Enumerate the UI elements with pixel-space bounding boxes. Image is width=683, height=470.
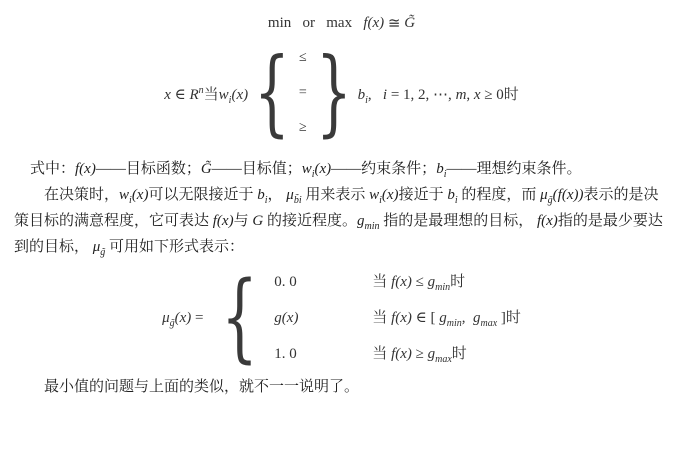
math-segment: (x) (315, 161, 332, 177)
math-segment: bi (436, 161, 446, 177)
math-segment: G̃ (404, 15, 415, 32)
text-segment: 当 (372, 310, 391, 326)
math-segment: gmax (473, 310, 497, 326)
text-segment: 当 (204, 87, 219, 103)
subscript: min (364, 221, 379, 232)
geq-operator: ≥ (299, 120, 307, 136)
text-segment: 可用如下形式表示： (105, 239, 244, 255)
subscript: max (481, 318, 498, 329)
case-value: 0. 0 (274, 269, 372, 295)
text-segment: 时 (450, 274, 465, 290)
text-segment: 的接近程度。 (263, 213, 357, 229)
text-segment: 最小值的问题与上面的类似，就不一一说明了。 (44, 379, 359, 395)
text-segment: = 1, 2, ⋯, (387, 87, 455, 103)
math-segment: bi (257, 187, 267, 203)
text-segment: ≥ 0时 (481, 87, 519, 103)
math-segment: wi (219, 87, 232, 103)
case-condition: 当 f(x) ≤ gmin时 (372, 269, 521, 295)
math-segment: μb̃i (286, 187, 301, 203)
text-segment: ≤ (412, 274, 428, 290)
text-segment: , (462, 310, 473, 326)
subscript: b̃i (294, 195, 302, 206)
math-segment: G (252, 213, 263, 229)
constraint-left-expression: x ∈ Rn当wi(x) (164, 83, 248, 104)
text-segment: ≥ (412, 346, 428, 362)
left-brace: { (254, 48, 290, 137)
text-segment: ——约束条件； (331, 161, 436, 177)
text-segment: ， (268, 187, 287, 203)
math-segment: μg̃ (162, 310, 175, 326)
text-segment: ——目标值； (212, 161, 302, 177)
math-segment: gmax (428, 346, 452, 362)
math-segment: g(x) (274, 310, 298, 326)
text-segment: ∈ (171, 87, 190, 103)
text-segment: ——目标函数； (96, 161, 201, 177)
math-segment: f(x) (391, 346, 412, 362)
math-segment: gmin (439, 310, 462, 326)
case-value: g(x) (274, 305, 372, 331)
math-segment: (f(x)) (553, 187, 584, 203)
text-segment: 在决策时， (44, 187, 119, 203)
text-segment: , (368, 87, 383, 103)
math-segment: f(x) (537, 213, 558, 229)
math-segment: m (456, 87, 467, 103)
math-segment: (x) (175, 310, 192, 326)
math-segment: x (164, 87, 171, 103)
math-segment: (x) (382, 187, 399, 203)
math-segment: μg̃ (93, 239, 106, 255)
membership-lhs: μg̃(x) = (162, 310, 207, 327)
text-segment: = (191, 310, 207, 326)
constraint-right-expression: bi, i = 1, 2, ⋯, m, x ≥ 0时 (358, 83, 519, 104)
piecewise-cases: 0. 0 当 f(x) ≤ gmin时 g(x) 当 f(x) ∈ [ gmin… (274, 269, 521, 367)
eq-operator: = (299, 85, 307, 101)
math-segment: (x) (368, 15, 385, 32)
text-segment: 式中： (30, 161, 75, 177)
text-segment: 的程度，而 (458, 187, 541, 203)
math-segment: f(x) (391, 310, 412, 326)
subscript: min (447, 318, 462, 329)
math-segment: f(x) (391, 274, 412, 290)
math-segment: gmin (357, 213, 380, 229)
text-segment: 0. 0 (274, 274, 297, 290)
math-segment: f(x) (213, 213, 234, 229)
legend-paragraph: 式中：f(x)——目标函数；G̃——目标值；wi(x)——约束条件；bi——理想… (14, 156, 669, 182)
math-segment: gmin (428, 274, 451, 290)
math-segment: x (474, 87, 481, 103)
math-segment: (x) (231, 87, 248, 103)
math-segment: wi (119, 187, 132, 203)
objective-formula: min or max f(x) ≅ G̃ (14, 10, 669, 36)
text-segment: min or max (268, 15, 363, 32)
text-segment: 接近于 (399, 187, 448, 203)
case-value: 1. 0 (274, 341, 372, 367)
right-brace: } (316, 48, 352, 137)
text-segment: ≅ (384, 14, 404, 33)
text-segment: ]时 (497, 310, 521, 326)
math-segment: (x) (132, 187, 149, 203)
document-page: min or max f(x) ≅ G̃ x ∈ Rn当wi(x) { ≤ = … (0, 0, 683, 470)
text-segment: 指的是最理想的目标， (379, 213, 537, 229)
membership-formula: μg̃(x) = { 0. 0 当 f(x) ≤ gmin时 g(x) 当 f(… (14, 266, 669, 370)
subscript: min (435, 282, 450, 293)
text-segment: 用来表示 (302, 187, 370, 203)
math-segment: μg̃ (540, 187, 553, 203)
case-condition: 当 f(x) ≥ gmax时 (372, 341, 521, 367)
leq-operator: ≤ (299, 50, 307, 66)
relation-operators: ≤ = ≥ (296, 50, 310, 136)
closing-paragraph: 最小值的问题与上面的类似，就不一一说明了。 (14, 374, 669, 400)
math-segment: Rn (189, 87, 203, 103)
text-segment: 与 (234, 213, 253, 229)
text-segment: 1. 0 (274, 346, 297, 362)
text-segment: 当 (372, 346, 391, 362)
cases-brace: { (221, 272, 258, 363)
math-segment: wi (369, 187, 382, 203)
math-segment: wi (302, 161, 315, 177)
math-segment: bi (358, 87, 368, 103)
text-segment: 当 (372, 274, 391, 290)
text-segment: ∈ [ (412, 310, 439, 326)
text-segment: , (466, 87, 474, 103)
text-segment: ——理想约束条件。 (446, 161, 581, 177)
case-condition: 当 f(x) ∈ [ gmin, gmax ]时 (372, 305, 521, 331)
text-segment: 时 (452, 346, 467, 362)
math-segment: bi (447, 187, 457, 203)
math-segment: f(x) (75, 161, 96, 177)
text-segment: 可以无限接近于 (148, 187, 257, 203)
subscript: max (435, 354, 452, 365)
explanation-paragraph: 在决策时，wi(x)可以无限接近于 bi， μb̃i 用来表示 wi(x)接近于… (14, 182, 669, 260)
math-segment: G̃ (201, 161, 212, 177)
constraint-formula: x ∈ Rn当wi(x) { ≤ = ≥ } bi, i = 1, 2, ⋯, … (14, 40, 669, 146)
